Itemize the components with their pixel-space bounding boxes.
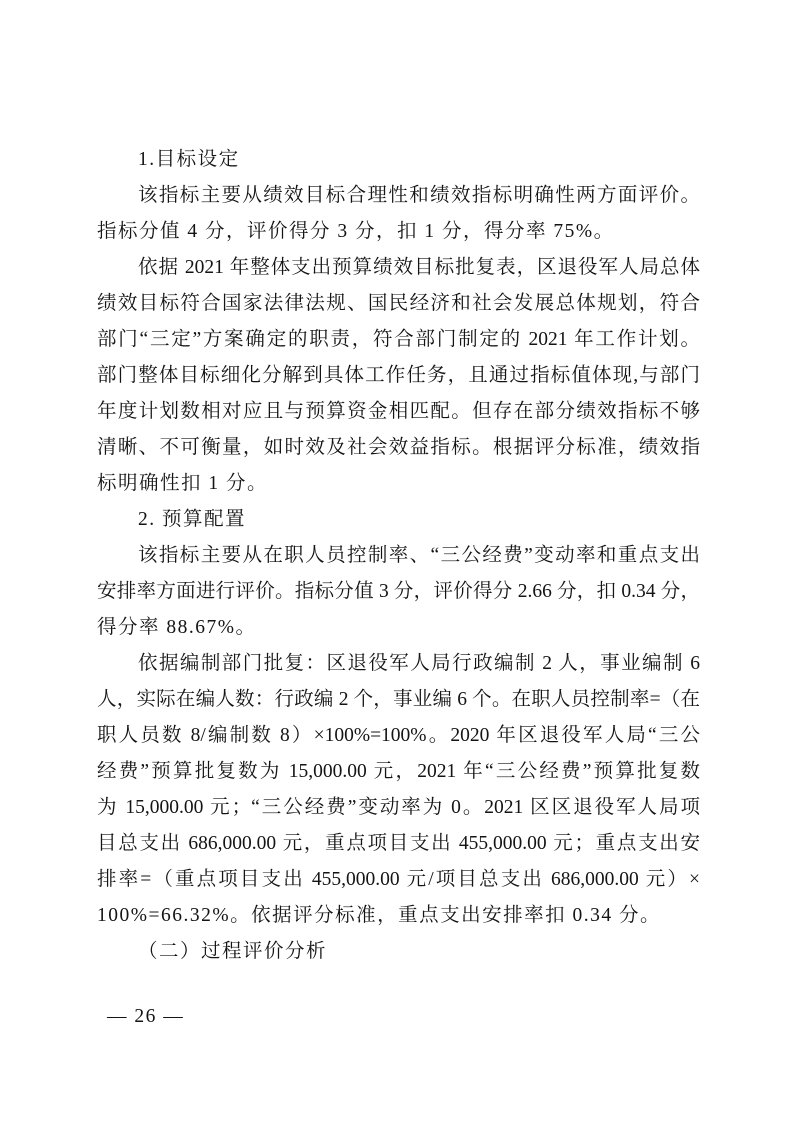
section-2-paragraph-2-line-6: 目总支出 686,000.00 元，重点项目支出 455,000.00 元；重点… — [97, 826, 700, 862]
section-1-paragraph-2-line-6: 清晰、不可衡量，如时效及社会效益指标。根据评分标准，绩效指 — [97, 430, 700, 466]
section-2-heading: 2. 预算配置 — [97, 502, 700, 538]
page-number: — 26 — — [107, 999, 184, 1035]
section-1-paragraph-2-line-3: 部门“三定”方案确定的职责，符合部门制定的 2021 年工作计划。 — [97, 322, 700, 358]
section-2-paragraph-2-line-2: 人，实际在编人数：行政编 2 个，事业编 6 个。在职人员控制率=（在 — [97, 682, 700, 718]
section-1-paragraph-2-line-1: 依据 2021 年整体支出预算绩效目标批复表，区退役军人局总体 — [97, 250, 700, 286]
document-page: 1.目标设定 该指标主要从绩效目标合理性和绩效指标明确性两方面评价。 指标分值 … — [0, 0, 793, 1122]
section-1-heading: 1.目标设定 — [97, 142, 700, 178]
subsection-heading: （二）过程评价分析 — [97, 934, 700, 970]
section-1-paragraph-2-line-5: 年度计划数相对应且与预算资金相匹配。但存在部分绩效指标不够 — [97, 394, 700, 430]
section-1-paragraph-2-line-2: 绩效目标符合国家法律法规、国民经济和社会发展总体规划，符合 — [97, 286, 700, 322]
section-2-paragraph-2-line-7: 排率=（重点项目支出 455,000.00 元/项目总支出 686,000.00… — [97, 862, 700, 898]
section-1-paragraph-1-line-1: 该指标主要从绩效目标合理性和绩效指标明确性两方面评价。 — [97, 178, 700, 214]
section-2-paragraph-1-line-1: 该指标主要从在职人员控制率、“三公经费”变动率和重点支出 — [97, 538, 700, 574]
section-2-paragraph-1-line-2: 安排率方面进行评价。指标分值 3 分，评价得分 2.66 分，扣 0.34 分， — [97, 574, 700, 610]
section-1-paragraph-2-line-7: 标明确性扣 1 分。 — [97, 466, 700, 502]
section-2-paragraph-2-line-4: 经费”预算批复数为 15,000.00 元，2021 年“三公经费”预算批复数 — [97, 754, 700, 790]
section-2-paragraph-1-line-3: 得分率 88.67%。 — [97, 610, 700, 646]
section-2-paragraph-2-line-5: 为 15,000.00 元；“三公经费”变动率为 0。2021 区区退役军人局项 — [97, 790, 700, 826]
section-2-paragraph-2-line-8: 100%=66.32%。依据评分标准，重点支出安排率扣 0.34 分。 — [97, 898, 700, 934]
section-1-paragraph-2-line-4: 部门整体目标细化分解到具体工作任务，且通过指标值体现,与部门 — [97, 358, 700, 394]
section-1-paragraph-1-line-2: 指标分值 4 分，评价得分 3 分，扣 1 分，得分率 75%。 — [97, 214, 700, 250]
section-2-paragraph-2-line-1: 依据编制部门批复：区退役军人局行政编制 2 人，事业编制 6 — [97, 646, 700, 682]
document-body: 1.目标设定 该指标主要从绩效目标合理性和绩效指标明确性两方面评价。 指标分值 … — [97, 142, 700, 970]
section-2-paragraph-2-line-3: 职人员数 8/编制数 8）×100%=100%。2020 年区退役军人局“三公 — [97, 718, 700, 754]
